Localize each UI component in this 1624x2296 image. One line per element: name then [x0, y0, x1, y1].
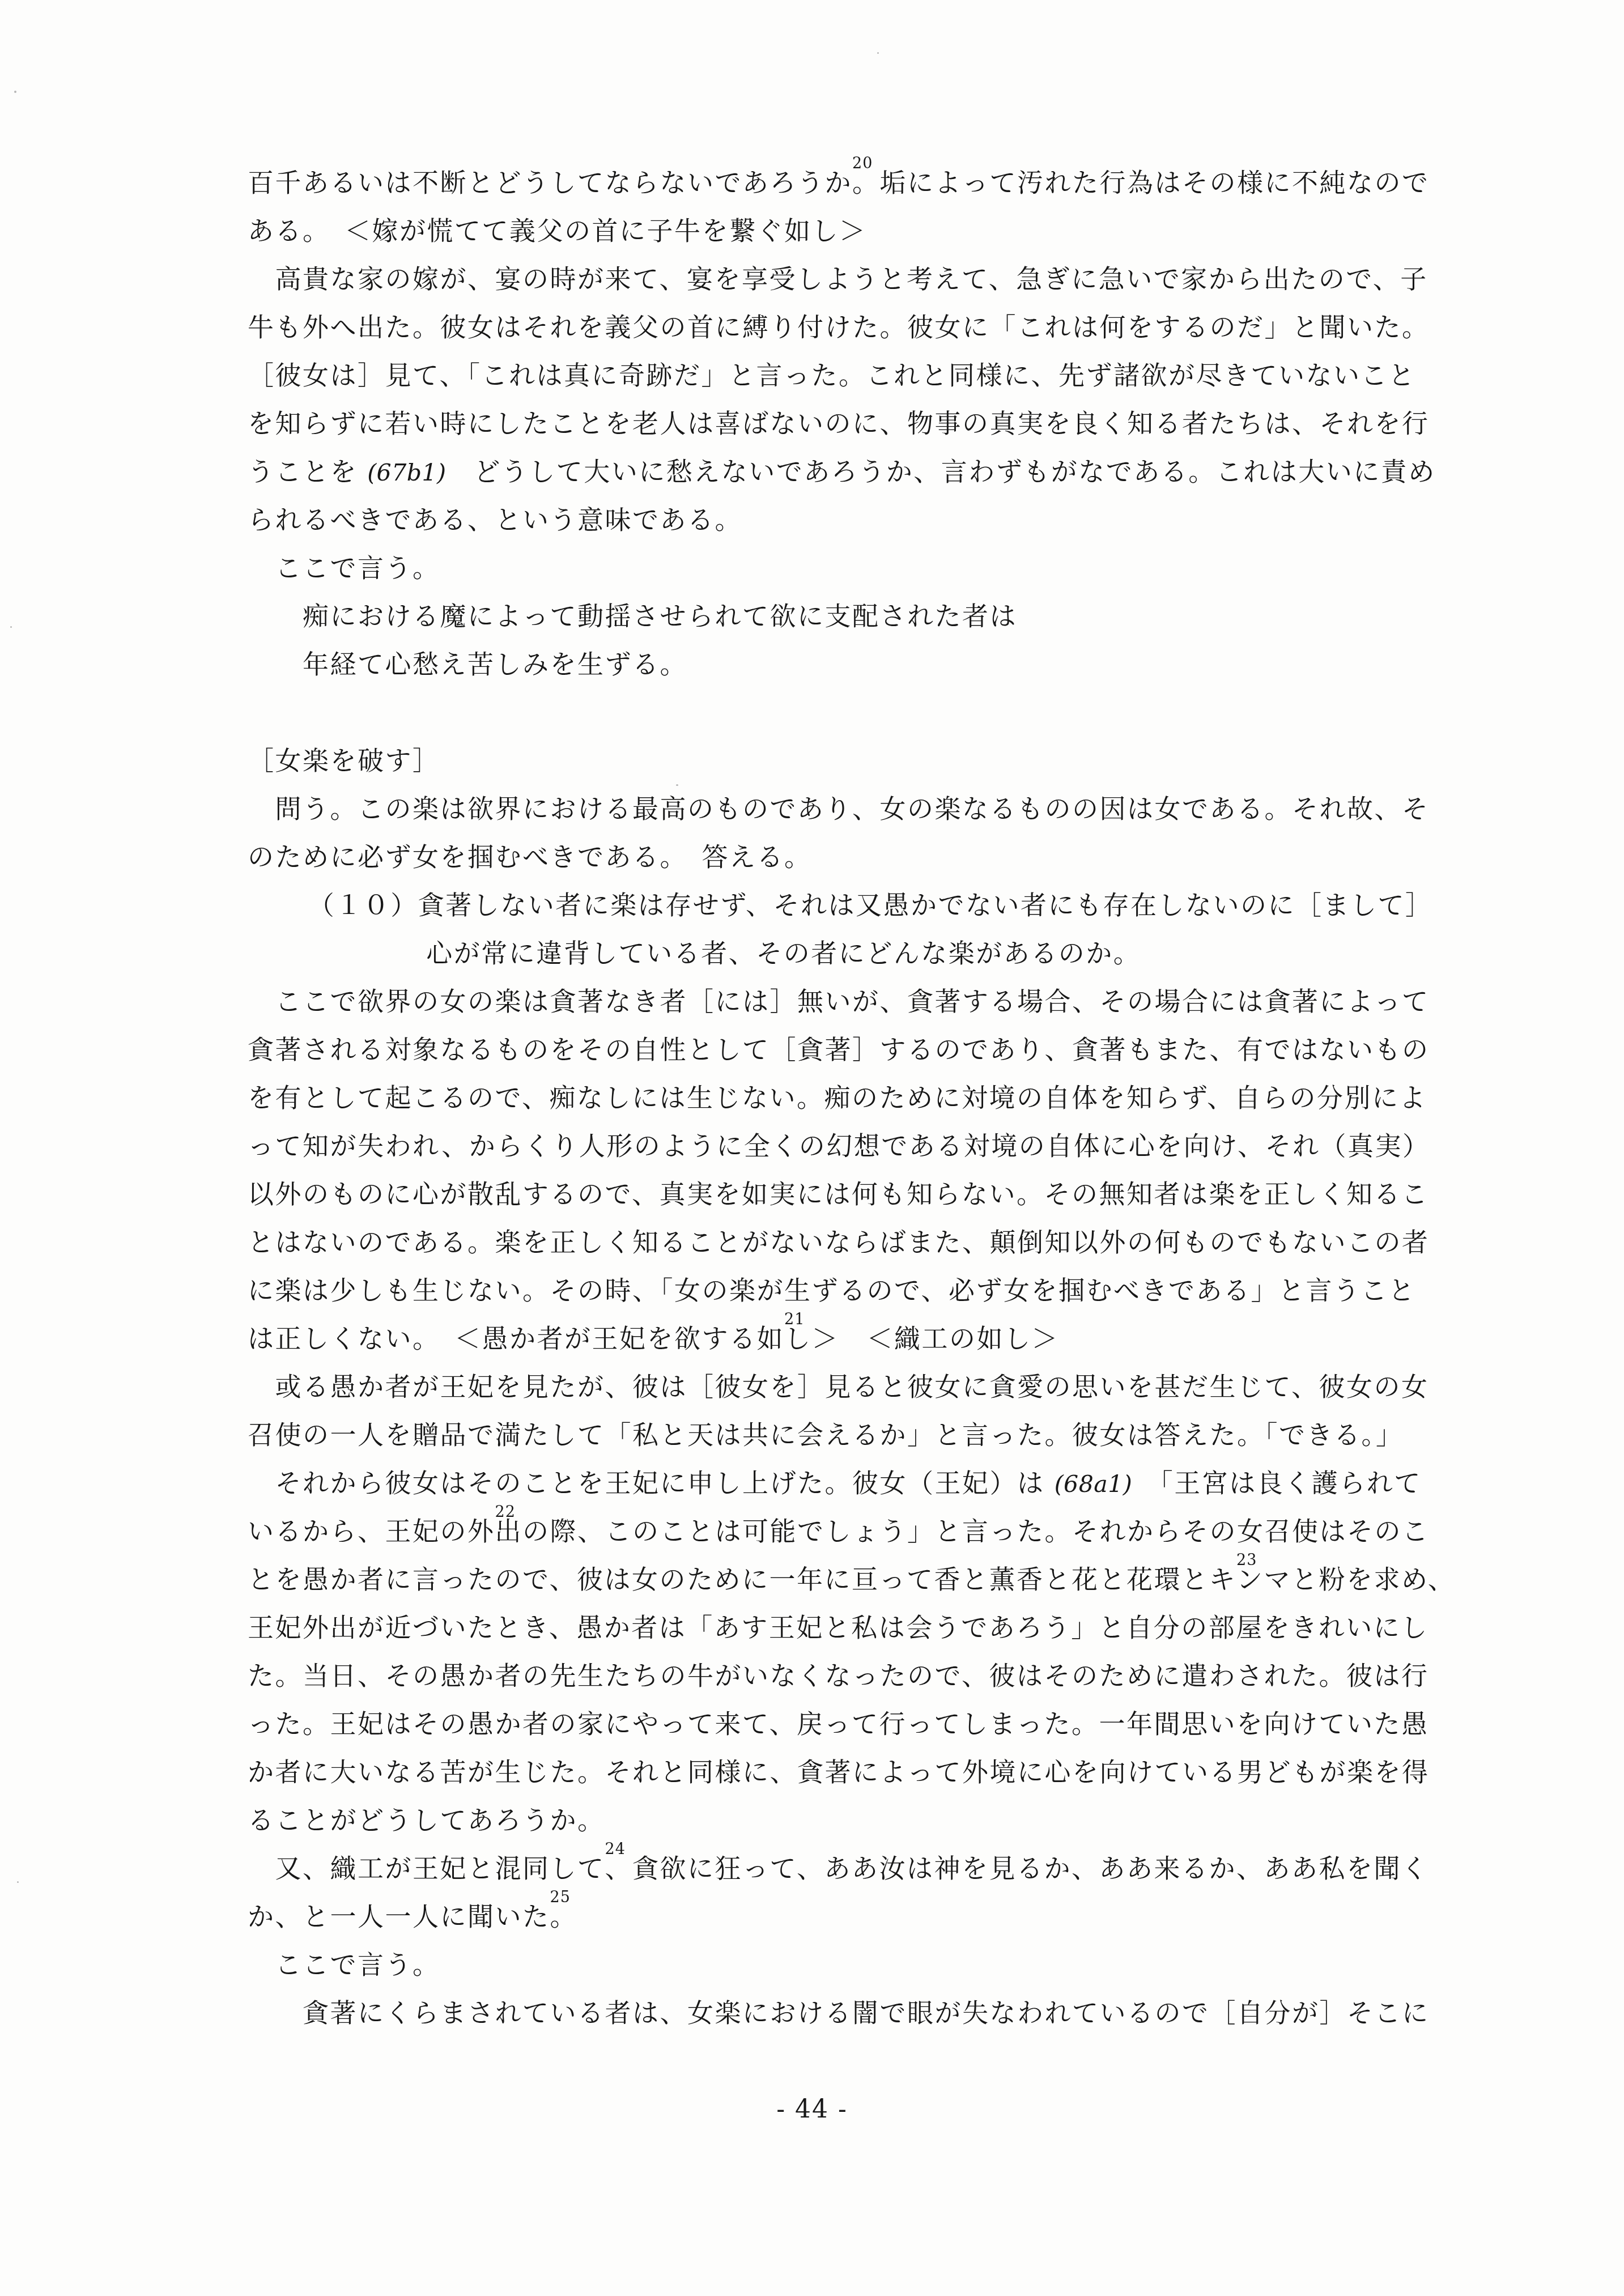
text-run: それから彼女はそのことを王妃に申し上げた。彼女（王妃）は: [275, 1468, 1055, 1498]
text-line: 或る愚か者が王妃を見たが、彼は［彼女を］見ると彼女に貪愛の思いを甚だ生じて、彼女…: [248, 1363, 1415, 1411]
folio-ref: (68a1): [1055, 1470, 1133, 1498]
text-run: ここで言う。: [275, 552, 440, 583]
text-run: を知らずに若い時にしたことを老人は喜ばないのに、物事の真実を良く知る者たちは、そ…: [248, 408, 1430, 439]
scan-speck: [1196, 1525, 1198, 1528]
text-run: った。王妃はその愚か者の家にやって来て、戻って行ってしまった。一年間思いを向けて…: [248, 1708, 1429, 1739]
text-line: ここで欲界の女の楽は貪著なき者［には］無いが、貪著する場合、その場合には貪著によ…: [248, 977, 1415, 1026]
text-run: 貪著にくらまされている者は、女楽における闇で眼が失なわれているので［自分が］そこ…: [303, 1997, 1430, 2028]
text-run: 。垢によって汚れた行為はその様に不純なので: [852, 167, 1430, 198]
text-run: うことを: [248, 456, 367, 487]
text-run: 心が常に違背している者、その者にどんな楽があるのか。: [426, 938, 1141, 968]
text-run: （１０）貪著しない者に楽は存せず、それは又愚かでない者にも存在しないのに［まして…: [308, 890, 1433, 920]
text-run: に楽は少しも生じない。その時、「女の楽が生ずるので、必ず女を掴むべきである」と言…: [248, 1275, 1416, 1306]
text-run: ［女楽を破す］: [248, 745, 440, 776]
text-run: 或る愚か者が王妃を見たが、彼は［彼女を］見ると彼女に貪愛の思いを甚だ生じて、彼女…: [275, 1371, 1429, 1402]
text-line: とはないのである。楽を正しく知ることがないならばまた、顛倒知以外の何ものでもない…: [248, 1218, 1415, 1266]
text-run: 又、織工が王妃と混同して: [275, 1853, 605, 1883]
text-line: いるから、王妃の外22出の際、このことは可能でしょう」と言った。それからその女召…: [248, 1507, 1415, 1555]
text-line: 痴における魔によって動揺させられて欲に支配された者は: [248, 592, 1415, 640]
text-line: 貪著にくらまされている者は、女楽における闇で眼が失なわれているので［自分が］そこ…: [248, 1989, 1415, 2037]
text-line: 牛も外へ出た。彼女はそれを義父の首に縛り付けた。彼女に「これは何をするのだ」と聞…: [248, 303, 1415, 351]
text-line: 年経て心愁え苦しみを生ずる。: [248, 640, 1415, 688]
text-line: 又、織工が王妃と混同して24、貪欲に狂って、ああ汝は神を見るか、ああ来るか、ああ…: [248, 1844, 1415, 1893]
text-line: 貪著される対象なるものをその自性として［貪著］するのであり、貪著もまた、有ではな…: [248, 1026, 1415, 1074]
text-line: （１０）貪著しない者に楽は存せず、それは又愚かでない者にも存在しないのに［まして…: [248, 881, 1415, 929]
text-line: を知らずに若い時にしたことを老人は喜ばないのに、物事の真実を良く知る者たちは、そ…: [248, 399, 1415, 448]
text-run: ここで言う。: [275, 1949, 440, 1980]
text-run: 百千あるいは不断とどうしてならないであろうか: [248, 167, 852, 198]
text-run: ここで欲界の女の楽は貪著なき者［には］無いが、貪著する場合、その場合には貪著によ…: [275, 986, 1430, 1017]
text-line: を有として起こるので、痴なしには生じない。痴のために対境の自体を知らず、自らの分…: [248, 1074, 1415, 1122]
text-run: を有として起こるので、痴なしには生じない。痴のために対境の自体を知らず、自らの分…: [248, 1082, 1427, 1113]
scan-speck: [676, 784, 678, 786]
text-line: 心が常に違背している者、その者にどんな楽があるのか。: [248, 929, 1415, 977]
text-run: ［彼女は］見て、「これは真に奇跡だ」と言った。これと同様に、先ず諸欲が尽きていな…: [248, 360, 1416, 390]
text-line: ここで言う。: [248, 1941, 1415, 1989]
text-line: 百千あるいは不断とどうしてならないであろうか20。垢によって汚れた行為はその様に…: [248, 159, 1415, 207]
document-page: 百千あるいは不断とどうしてならないであろうか20。垢によって汚れた行為はその様に…: [0, 0, 1624, 2296]
text-run: 王妃外出が近づいたとき、愚か者は「あす王妃と私は会うであろう」と自分の部屋をきれ…: [248, 1612, 1429, 1643]
text-line: られるべきである、という意味である。: [248, 496, 1415, 544]
text-line: のために必ず女を掴むべきである。 答える。: [248, 833, 1415, 881]
text-line: 王妃外出が近づいたとき、愚か者は「あす王妃と私は会うであろう」と自分の部屋をきれ…: [248, 1604, 1415, 1652]
text-run: って知が失われ、からくり人形のように全くの幻想である対境の自体に心を向け、それ（…: [248, 1130, 1430, 1161]
text-line: か者に大いなる苦が生じた。それと同様に、貪著によって外境に心を向けている男どもが…: [248, 1748, 1415, 1796]
text-block: 百千あるいは不断とどうしてならないであろうか20。垢によって汚れた行為はその様に…: [248, 159, 1415, 2037]
text-line: とを愚か者に言ったので、彼は女のために一年に亘って香と薫香と花と花環とキ23ンマ…: [248, 1555, 1415, 1604]
text-line: ［彼女は］見て、「これは真に奇跡だ」と言った。これと同様に、先ず諸欲が尽きていな…: [248, 351, 1415, 399]
text-run: 問う。この楽は欲界における最高のものであり、女の楽なるものの因は女である。それ故…: [275, 793, 1430, 824]
text-run: 高貴な家の嫁が、宴の時が来て、宴を享受しようと考えて、急ぎに急いで家から出たので…: [275, 263, 1428, 294]
text-line: ることがどうしてあろうか。: [248, 1796, 1415, 1844]
scan-speck: [14, 91, 16, 93]
text-run: いるから、王妃の外: [248, 1516, 495, 1546]
scan-speck: [877, 52, 879, 54]
text-line: 高貴な家の嫁が、宴の時が来て、宴を享受しようと考えて、急ぎに急いで家から出たので…: [248, 255, 1415, 303]
text-run: 以外のものに心が散乱するので、真実を如実には何も知らない。その無知者は楽を正しく…: [248, 1179, 1429, 1209]
section-heading: ［女楽を破す］: [248, 737, 1415, 785]
text-run: 貪著される対象なるものをその自性として［貪著］するのであり、貪著もまた、有ではな…: [248, 1034, 1430, 1065]
page-number: - 44 -: [0, 2085, 1624, 2133]
text-run: た。当日、その愚か者の先生たちの牛がいなくなったので、彼はそのために遣わされた。…: [248, 1660, 1429, 1691]
text-line: は正しくない。 ＜愚か者が王妃を欲する如21し＞ ＜織工の如し＞: [248, 1315, 1415, 1363]
text-run: か者に大いなる苦が生じた。それと同様に、貪著によって外境に心を向けている男どもが…: [248, 1757, 1430, 1787]
text-run: ンマと粉を求め、: [1236, 1564, 1455, 1595]
text-run: 、貪欲に狂って、ああ汝は神を見るか、ああ来るか、ああ私を聞く: [605, 1853, 1429, 1883]
text-line: ここで言う。: [248, 544, 1415, 592]
text-run: ある。 ＜嫁が慌てて義父の首に子牛を繋ぐ如し＞: [248, 215, 867, 246]
text-run: 痴における魔によって動揺させられて欲に支配された者は: [303, 601, 1017, 631]
text-line: った。王妃はその愚か者の家にやって来て、戻って行ってしまった。一年間思いを向けて…: [248, 1700, 1415, 1748]
text-run: とを愚か者に言ったので、彼は女のために一年に亘って香と薫香と花と花環とキ: [248, 1564, 1236, 1595]
scan-speck: [17, 1881, 19, 1883]
text-run: られるべきである、という意味である。: [248, 504, 742, 535]
blank-line: [248, 688, 1415, 737]
text-line: か、と一人一人に聞いた25。: [248, 1893, 1415, 1941]
folio-ref: (67b1): [367, 459, 447, 486]
text-line: って知が失われ、からくり人形のように全くの幻想である対境の自体に心を向け、それ（…: [248, 1122, 1415, 1170]
text-run: 牛も外へ出た。彼女はそれを義父の首に縛り付けた。彼女に「これは何をするのだ」と聞…: [248, 312, 1430, 342]
text-run: か、と一人一人に聞いた: [248, 1901, 550, 1932]
text-run: のために必ず女を掴むべきである。 答える。: [248, 841, 812, 872]
text-run: し＞ ＜織工の如し＞: [784, 1323, 1059, 1354]
text-line: それから彼女はそのことを王妃に申し上げた。彼女（王妃）は (68a1) 「王宮は…: [248, 1459, 1415, 1507]
text-run: 年経て心愁え苦しみを生ずる。: [303, 649, 687, 679]
text-run: 召使の一人を贈品で満たして「私と天は共に会えるか」と言った。彼女は答えた。「でき…: [248, 1419, 1404, 1450]
text-run: ることがどうしてあろうか。: [248, 1805, 605, 1835]
text-run: は正しくない。 ＜愚か者が王妃を欲する如: [248, 1323, 784, 1354]
text-line: に楽は少しも生じない。その時、「女の楽が生ずるので、必ず女を掴むべきである」と言…: [248, 1266, 1415, 1315]
text-line: うことを (67b1) どうして大いに愁えないであろうか、言わずもがなである。こ…: [248, 448, 1415, 496]
text-line: 以外のものに心が散乱するので、真実を如実には何も知らない。その無知者は楽を正しく…: [248, 1170, 1415, 1218]
text-run: 出の際、このことは可能でしょう」と言った。それからその女召使はそのこ: [495, 1516, 1430, 1546]
text-line: 召使の一人を贈品で満たして「私と天は共に会えるか」と言った。彼女は答えた。「でき…: [248, 1411, 1415, 1459]
text-line: ある。 ＜嫁が慌てて義父の首に子牛を繋ぐ如し＞: [248, 207, 1415, 255]
text-run: とはないのである。楽を正しく知ることがないならばまた、顛倒知以外の何ものでもない…: [248, 1227, 1430, 1257]
text-run: 「王宮は良く護られて: [1132, 1468, 1422, 1498]
text-line: 問う。この楽は欲界における最高のものであり、女の楽なるものの因は女である。それ故…: [248, 785, 1415, 833]
text-run: どうして大いに愁えないであろうか、言わずもがなである。これは大いに責め: [447, 456, 1436, 487]
scan-speck: [10, 626, 12, 628]
text-line: た。当日、その愚か者の先生たちの牛がいなくなったので、彼はそのために遣わされた。…: [248, 1652, 1415, 1700]
